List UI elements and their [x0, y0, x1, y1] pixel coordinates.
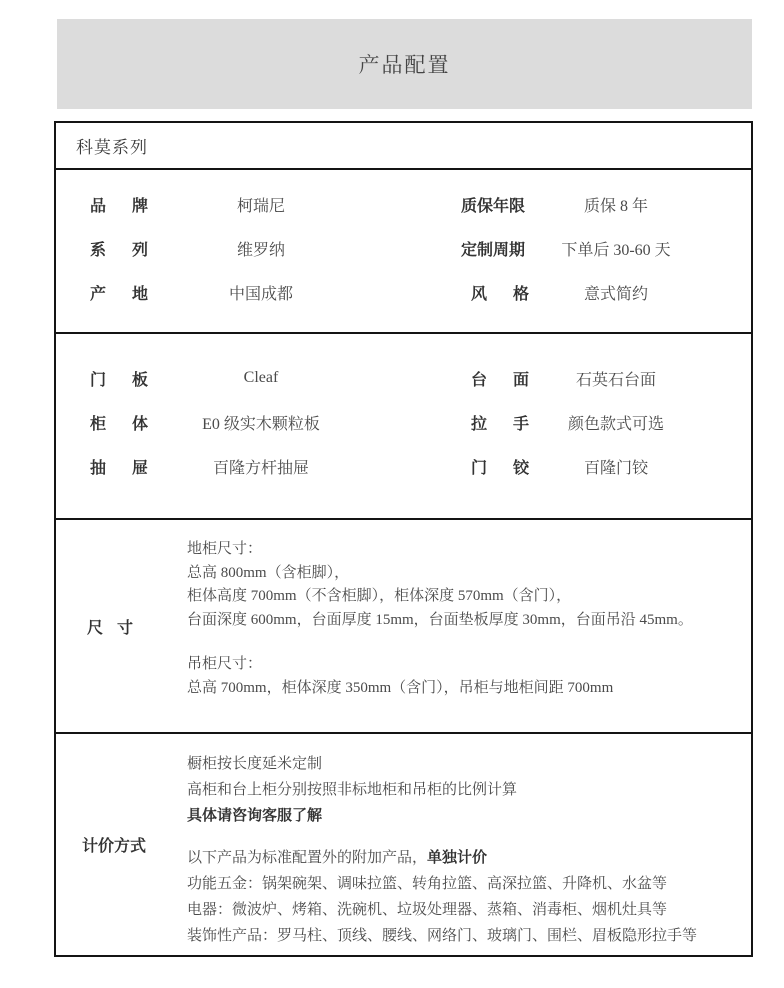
spec-row-origin-style: 产地 中国成都 风格 意式简约 — [56, 270, 751, 314]
series-label: 系列 — [90, 242, 174, 259]
wall-cabinet-dim-title: 吊柜尺寸： — [187, 653, 751, 677]
pricing-label: 计价方式 — [56, 734, 187, 955]
addon-intro-text: 以下产品为标准配置外的附加产品， — [187, 850, 427, 866]
pricing-intro-line: 高柜和台上柜分别按照非标地柜和吊柜的比例计算 — [187, 777, 751, 803]
style-label: 风格 — [471, 286, 555, 303]
spec-row-drawer-hinge: 抽屉 百隆方杆抽屉 门铰 百隆门铰 — [56, 444, 751, 488]
series-name: 科莫系列 — [76, 133, 148, 158]
basic-info-section: 品牌 柯瑞尼 质保年限 质保 8 年 系列 维罗纳 定制周期 下单后 30-60… — [56, 170, 751, 334]
leadtime-label: 定制周期 — [461, 242, 525, 259]
base-cabinet-dim-line: 总高 800mm（含柜脚）， — [187, 562, 751, 586]
series-header-row: 科莫系列 — [56, 123, 751, 170]
spec-row-brand-warranty: 品牌 柯瑞尼 质保年限 质保 8 年 — [56, 182, 751, 226]
drawer-label: 抽屉 — [90, 460, 174, 477]
handle-label: 拉手 — [471, 416, 555, 433]
page-title: 产品配置 — [359, 49, 451, 79]
drawer-value: 百隆方杆抽屉 — [213, 455, 309, 478]
door-panel-label: 门板 — [90, 372, 174, 389]
countertop-label: 台面 — [471, 372, 555, 389]
cabinet-body-label: 柜体 — [90, 416, 174, 433]
dimensions-section: 尺寸 地柜尺寸： 总高 800mm（含柜脚）， 柜体高度 700mm（不含柜脚）… — [56, 520, 751, 734]
origin-label: 产地 — [90, 286, 174, 303]
product-spec-table: 科莫系列 品牌 柯瑞尼 质保年限 质保 8 年 系列 维罗纳 定制周期 下单后 … — [54, 121, 753, 957]
spec-row-cabinet-handle: 柜体 E0 级实木颗粒板 拉手 颜色款式可选 — [56, 400, 751, 444]
dimensions-content: 地柜尺寸： 总高 800mm（含柜脚）， 柜体高度 700mm（不含柜脚），柜体… — [187, 520, 751, 732]
spec-row-door-countertop: 门板 Cleaf 台面 石英石台面 — [56, 356, 751, 400]
title-banner: 产品配置 — [57, 19, 752, 109]
cabinet-body-value: E0 级实木颗粒板 — [202, 411, 320, 434]
brand-label: 品牌 — [90, 198, 174, 215]
dimensions-label: 尺寸 — [56, 520, 187, 732]
hinge-label: 门铰 — [471, 460, 555, 477]
base-cabinet-dim-line: 柜体高度 700mm（不含柜脚），柜体深度 570mm（含门）， — [187, 585, 751, 609]
hinge-value: 百隆门铰 — [584, 455, 648, 478]
door-panel-value: Cleaf — [244, 369, 279, 387]
handle-value: 颜色款式可选 — [568, 411, 664, 434]
wall-cabinet-dim-line: 总高 700mm，柜体深度 350mm（含门），吊柜与地柜间距 700mm — [187, 677, 751, 701]
base-cabinet-dim-line: 台面深度 600mm，台面厚度 15mm，台面垫板厚度 30mm，台面吊沿 45… — [187, 609, 751, 633]
pricing-addon-line: 功能五金：锅架碗架、调味拉篮、转角拉篮、高深拉篮、升降机、水盆等 — [187, 871, 751, 897]
pricing-section: 计价方式 橱柜按长度延米定制 高柜和台上柜分别按照非标地柜和吊柜的比例计算 具体… — [56, 734, 751, 955]
style-value: 意式简约 — [584, 281, 648, 304]
addon-intro-bold: 单独计价 — [427, 850, 487, 866]
series-value: 维罗纳 — [237, 237, 285, 260]
warranty-label: 质保年限 — [461, 198, 525, 215]
countertop-value: 石英石台面 — [576, 367, 656, 390]
pricing-consult-note: 具体请咨询客服了解 — [187, 803, 751, 829]
base-cabinet-dim-title: 地柜尺寸： — [187, 538, 751, 562]
warranty-value: 质保 8 年 — [584, 193, 648, 216]
pricing-addon-line: 电器：微波炉、烤箱、洗碗机、垃圾处理器、蒸箱、消毒柜、烟机灶具等 — [187, 897, 751, 923]
pricing-content: 橱柜按长度延米定制 高柜和台上柜分别按照非标地柜和吊柜的比例计算 具体请咨询客服… — [187, 734, 751, 955]
origin-value: 中国成都 — [229, 281, 293, 304]
spec-row-series-leadtime: 系列 维罗纳 定制周期 下单后 30-60 天 — [56, 226, 751, 270]
materials-section: 门板 Cleaf 台面 石英石台面 柜体 E0 级实木颗粒板 拉手 颜色款式可选… — [56, 334, 751, 520]
leadtime-value: 下单后 30-60 天 — [561, 237, 670, 260]
pricing-addon-intro: 以下产品为标准配置外的附加产品，单独计价 — [187, 845, 751, 871]
pricing-intro-line: 橱柜按长度延米定制 — [187, 751, 751, 777]
pricing-addon-line: 装饰性产品：罗马柱、顶线、腰线、网络门、玻璃门、围栏、眉板隐形拉手等 — [187, 923, 751, 949]
brand-value: 柯瑞尼 — [237, 193, 285, 216]
